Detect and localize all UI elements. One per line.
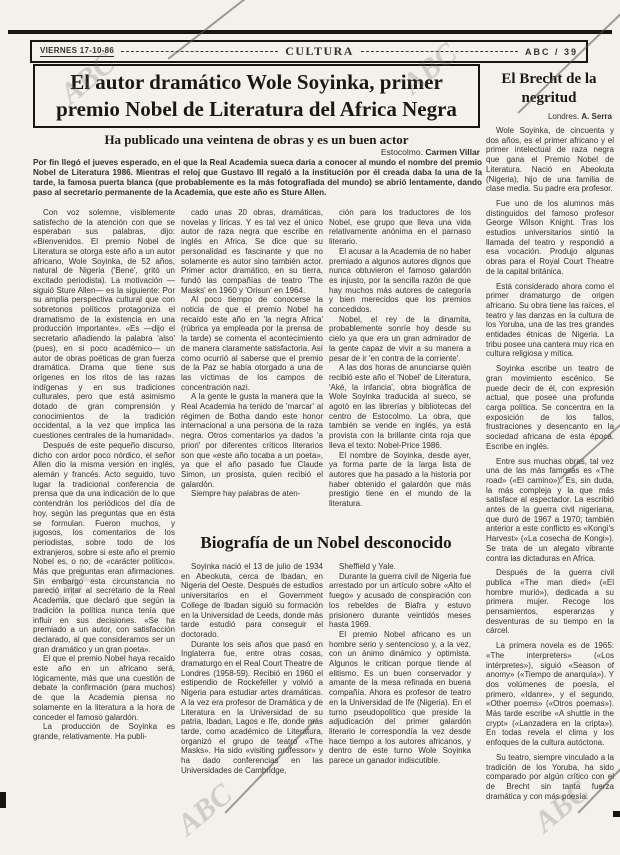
paragraph: La primera novela es de 1965: «The inter… bbox=[486, 641, 614, 748]
paragraph: Wole Soyinka, de cincuenta y dos años, e… bbox=[486, 126, 614, 194]
paragraph: Su teatro, siempre vinculado a la tradic… bbox=[486, 753, 614, 802]
scan-edge-artifact bbox=[613, 811, 620, 817]
article-column-1: Con voz solemne, visiblemente satisfecho… bbox=[33, 208, 175, 798]
paragraph: Nobel, el rey de la dinamita, probableme… bbox=[329, 315, 471, 364]
paragraph: El premio Nobel africano es un hombre se… bbox=[329, 630, 471, 766]
section-title: CULTURA bbox=[285, 44, 354, 59]
paragraph: Está considerado ahora como el primer dr… bbox=[486, 282, 614, 360]
paragraph: cado unas 20 obras, dramáticas, novelas … bbox=[181, 208, 323, 295]
page-header: VIERNES 17-10-86 CULTURA ABC / 39 bbox=[30, 40, 588, 63]
sidebar-title-line1: El Brecht de la bbox=[484, 70, 614, 89]
masthead-page-number: ABC / 39 bbox=[525, 47, 578, 57]
paragraph: Siempre hay palabras de aten- bbox=[181, 489, 323, 499]
paragraph: La producción de Soyinka es grande, rela… bbox=[33, 722, 175, 741]
article-byline: Estocolmo. Carmen Villar bbox=[33, 147, 480, 157]
sidebar-byline: Londres. A. Serra bbox=[484, 112, 612, 121]
paragraph: Al poco tiempo de conocerse la noticia d… bbox=[181, 295, 323, 392]
article-column-2: cado unas 20 obras, dramáticas, novelas … bbox=[181, 208, 323, 530]
paragraph: El acusar a la Academia de no haber prem… bbox=[329, 247, 471, 315]
article-headline: El autor dramático Wole Soyinka, primer … bbox=[39, 69, 474, 123]
newspaper-page: VIERNES 17-10-86 CULTURA ABC / 39 El aut… bbox=[0, 0, 620, 855]
article-subhead: Ha publicado una veintena de obras y es … bbox=[33, 132, 480, 148]
paragraph: Soyinka nació el 13 de julio de 1934 en … bbox=[181, 562, 323, 640]
paragraph: Durante los seis años que pasó en Inglat… bbox=[181, 640, 323, 776]
header-dash-rule-left bbox=[121, 51, 278, 52]
byline-city: Estocolmo. bbox=[381, 147, 423, 157]
sidebar-byline-author: A. Serra bbox=[581, 112, 612, 121]
paragraph: Fue uno de los alumnos más distinguidos … bbox=[486, 199, 614, 277]
article-lead-paragraph: Por fin llegó el jueves esperado, en el … bbox=[33, 158, 482, 198]
paragraph: Entre sus muchas obras, tal vez una de l… bbox=[486, 457, 614, 564]
bio-column-2: Sheffield y Yale. Durante la guerra civi… bbox=[329, 562, 471, 834]
scan-edge-artifact bbox=[0, 792, 6, 808]
paragraph: Durante la guerra civil de Nigeria fue a… bbox=[329, 572, 471, 630]
sidebar-column: Wole Soyinka, de cincuenta y dos años, e… bbox=[486, 126, 614, 838]
issue-date: VIERNES 17-10-86 bbox=[40, 46, 114, 57]
paragraph: El nombre de Soyinka, desde ayer, ya for… bbox=[329, 451, 471, 509]
paragraph: ción para los traductores de los Nobel, … bbox=[329, 208, 471, 247]
paragraph: A las dos horas de anunciarse quién reci… bbox=[329, 363, 471, 450]
paragraph: Con voz solemne, visiblemente satisfecho… bbox=[33, 208, 175, 441]
paragraph: Soyinka escribe un teatro de gran movimi… bbox=[486, 364, 614, 451]
paragraph: El que el premio Nobel haya recaído este… bbox=[33, 654, 175, 722]
paragraph: Después de la guerra civil publica «The … bbox=[486, 568, 614, 636]
paragraph: Sheffield y Yale. bbox=[329, 562, 471, 572]
top-border-rule bbox=[8, 30, 612, 34]
byline-author: Carmen Villar bbox=[425, 147, 480, 157]
paragraph: A la gente le gusta la manera que la Rea… bbox=[181, 392, 323, 489]
bio-column-1: Soyinka nació el 13 de julio de 1934 en … bbox=[181, 562, 323, 834]
bio-section-title: Biografía de un Nobel desconocido bbox=[181, 533, 471, 553]
sidebar-title: El Brecht de la negritud bbox=[484, 70, 614, 108]
article-column-3: ción para los traductores de los Nobel, … bbox=[329, 208, 471, 530]
headline-box: El autor dramático Wole Soyinka, primer … bbox=[33, 64, 480, 128]
header-dash-rule-right bbox=[361, 51, 518, 52]
paragraph: Después de este pequeño discurso, dicho … bbox=[33, 441, 175, 654]
sidebar-byline-city: Londres. bbox=[548, 112, 579, 121]
sidebar-title-line2: negritud bbox=[484, 89, 614, 108]
